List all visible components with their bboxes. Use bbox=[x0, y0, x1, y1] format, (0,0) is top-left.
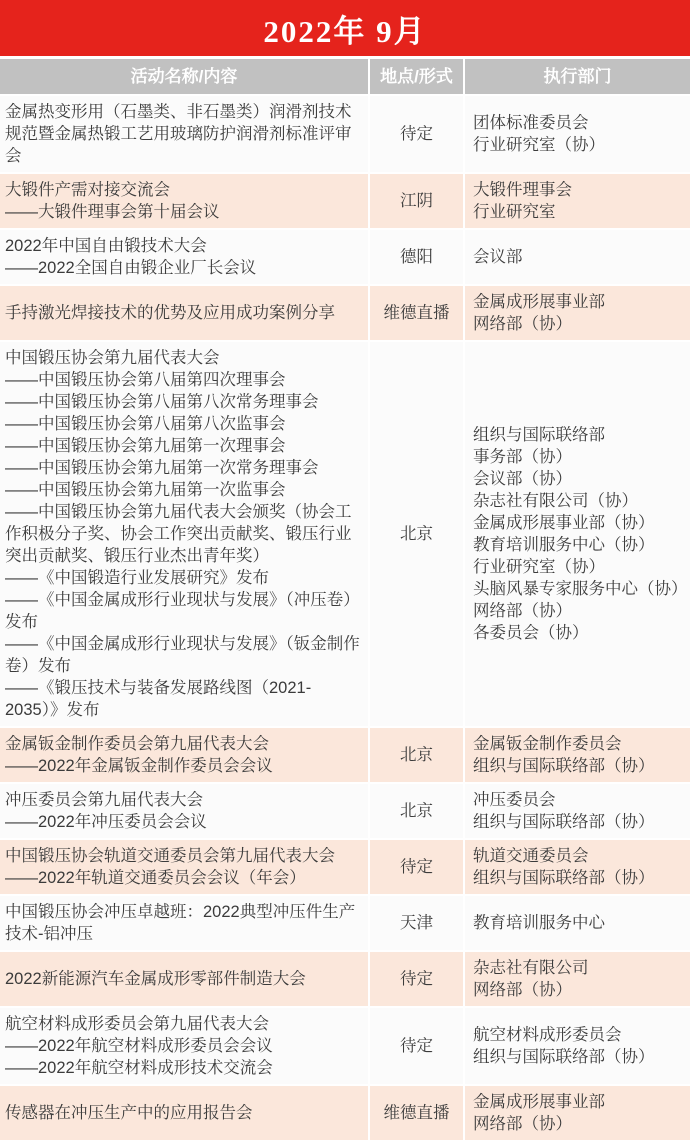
activity-cell: 大锻件产需对接交流会——大锻件理事会第十届会议 bbox=[0, 174, 368, 228]
activity-cell: 冲压委员会第九届代表大会——2022年冲压委员会会议 bbox=[0, 784, 368, 838]
department-line: 组织与国际联络部（协） bbox=[473, 867, 688, 889]
activity-line: 手持激光焊接技术的优势及应用成功案例分享 bbox=[5, 302, 362, 324]
table-row: 金属热变形用（石墨类、非石墨类）润滑剂技术规范暨金属热锻工艺用玻璃防护润滑剂标准… bbox=[0, 96, 690, 172]
activity-line: 航空材料成形委员会第九届代表大会 bbox=[5, 1013, 362, 1035]
table-header-row: 活动名称/内容 地点/形式 执行部门 bbox=[0, 59, 690, 94]
activity-line: ——中国锻压协会第八届第八次常务理事会 bbox=[5, 391, 362, 413]
department-cell: 轨道交通委员会组织与国际联络部（协） bbox=[465, 840, 690, 894]
activity-line: 冲压委员会第九届代表大会 bbox=[5, 789, 362, 811]
activity-line: ——中国锻压协会第九届第一次常务理事会 bbox=[5, 457, 362, 479]
table-row: 航空材料成形委员会第九届代表大会——2022年航空材料成形委员会会议——2022… bbox=[0, 1008, 690, 1084]
department-line: 金属钣金制作委员会 bbox=[473, 733, 688, 755]
location-value: 德阳 bbox=[370, 230, 463, 284]
table-row: 大锻件产需对接交流会——大锻件理事会第十届会议 江阴 大锻件理事会行业研究室 bbox=[0, 174, 690, 228]
activity-line: ——中国锻压协会第九届代表大会颁奖（协会工作积极分子奖、协会工作突出贡献奖、锻压… bbox=[5, 501, 362, 567]
table-row: 中国锻压协会第九届代表大会——中国锻压协会第八届第四次理事会——中国锻压协会第八… bbox=[0, 342, 690, 726]
location-value: 北京 bbox=[370, 728, 463, 782]
event-schedule-table: 2022年 9月 活动名称/内容 地点/形式 执行部门 金属热变形用（石墨类、非… bbox=[0, 0, 690, 1140]
department-cell: 组织与国际联络部事务部（协）会议部（协）杂志社有限公司（协）金属成形展事业部（协… bbox=[465, 342, 690, 726]
table-row: 2022新能源汽车金属成形零部件制造大会 待定 杂志社有限公司网络部（协） bbox=[0, 952, 690, 1006]
activity-cell: 2022新能源汽车金属成形零部件制造大会 bbox=[0, 952, 368, 1006]
department-cell: 团体标准委员会行业研究室（协） bbox=[465, 96, 690, 172]
activity-line: ——2022年轨道交通委员会会议（年会） bbox=[5, 867, 362, 889]
department-line: 组织与国际联络部（协） bbox=[473, 755, 688, 777]
table-row: 中国锻压协会轨道交通委员会第九届代表大会——2022年轨道交通委员会会议（年会）… bbox=[0, 840, 690, 894]
table-body: 金属热变形用（石墨类、非石墨类）润滑剂技术规范暨金属热锻工艺用玻璃防护润滑剂标准… bbox=[0, 96, 690, 1140]
column-header-location: 地点/形式 bbox=[370, 59, 463, 94]
table-row: 冲压委员会第九届代表大会——2022年冲压委员会会议 北京 冲压委员会组织与国际… bbox=[0, 784, 690, 838]
location-value: 待定 bbox=[370, 952, 463, 1006]
department-line: 网络部（协） bbox=[473, 313, 688, 335]
activity-line: 中国锻压协会冲压卓越班：2022典型冲压件生产技术-铝冲压 bbox=[5, 901, 362, 945]
department-line: 行业研究室（协） bbox=[473, 134, 688, 156]
location-value: 维德直播 bbox=[370, 1086, 463, 1140]
department-cell: 大锻件理事会行业研究室 bbox=[465, 174, 690, 228]
activity-line: ——2022年航空材料成形技术交流会 bbox=[5, 1057, 362, 1079]
department-line: 网络部（协） bbox=[473, 979, 688, 1001]
column-header-department: 执行部门 bbox=[465, 59, 690, 94]
department-line: 会议部 bbox=[473, 246, 688, 268]
department-line: 轨道交通委员会 bbox=[473, 845, 688, 867]
location-value: 江阴 bbox=[370, 174, 463, 228]
activity-line: 金属热变形用（石墨类、非石墨类）润滑剂技术规范暨金属热锻工艺用玻璃防护润滑剂标准… bbox=[5, 101, 362, 167]
month-title: 2022年 9月 bbox=[0, 0, 690, 56]
department-line: 网络部（协） bbox=[473, 1113, 688, 1135]
activity-line: 中国锻压协会第九届代表大会 bbox=[5, 347, 362, 369]
activity-cell: 中国锻压协会第九届代表大会——中国锻压协会第八届第四次理事会——中国锻压协会第八… bbox=[0, 342, 368, 726]
activity-line: ——中国锻压协会第九届第一次监事会 bbox=[5, 479, 362, 501]
activity-line: 大锻件产需对接交流会 bbox=[5, 179, 362, 201]
activity-cell: 传感器在冲压生产中的应用报告会 bbox=[0, 1086, 368, 1140]
department-line: 航空材料成形委员会 bbox=[473, 1024, 688, 1046]
table-row: 传感器在冲压生产中的应用报告会 维德直播 金属成形展事业部网络部（协） bbox=[0, 1086, 690, 1140]
activity-line: 中国锻压协会轨道交通委员会第九届代表大会 bbox=[5, 845, 362, 867]
activity-line: 2022新能源汽车金属成形零部件制造大会 bbox=[5, 968, 362, 990]
department-line: 头脑风暴专家服务中心（协） bbox=[473, 578, 688, 600]
department-line: 教育培训服务中心（协） bbox=[473, 534, 688, 556]
activity-line: ——《锻压技术与装备发展路线图（2021-2035）》发布 bbox=[5, 677, 362, 721]
department-line: 金属成形展事业部（协） bbox=[473, 512, 688, 534]
activity-line: ——中国锻压协会第九届第一次理事会 bbox=[5, 435, 362, 457]
location-value: 待定 bbox=[370, 1008, 463, 1084]
department-cell: 金属钣金制作委员会组织与国际联络部（协） bbox=[465, 728, 690, 782]
location-value: 待定 bbox=[370, 96, 463, 172]
location-value: 天津 bbox=[370, 896, 463, 950]
department-cell: 金属成形展事业部网络部（协） bbox=[465, 1086, 690, 1140]
activity-line: ——2022年航空材料成形委员会会议 bbox=[5, 1035, 362, 1057]
activity-line: ——《中国金属成形行业现状与发展》（钣金制作卷）发布 bbox=[5, 633, 362, 677]
table-row: 手持激光焊接技术的优势及应用成功案例分享 维德直播 金属成形展事业部网络部（协） bbox=[0, 286, 690, 340]
location-value: 维德直播 bbox=[370, 286, 463, 340]
location-value: 待定 bbox=[370, 840, 463, 894]
column-header-activity: 活动名称/内容 bbox=[0, 59, 368, 94]
activity-line: ——中国锻压协会第八届第四次理事会 bbox=[5, 369, 362, 391]
activity-line: ——2022年金属钣金制作委员会会议 bbox=[5, 755, 362, 777]
department-cell: 冲压委员会组织与国际联络部（协） bbox=[465, 784, 690, 838]
department-line: 教育培训服务中心 bbox=[473, 912, 688, 934]
location-value: 北京 bbox=[370, 342, 463, 726]
location-value: 北京 bbox=[370, 784, 463, 838]
department-line: 金属成形展事业部 bbox=[473, 291, 688, 313]
activity-cell: 金属钣金制作委员会第九届代表大会——2022年金属钣金制作委员会会议 bbox=[0, 728, 368, 782]
department-cell: 会议部 bbox=[465, 230, 690, 284]
activity-cell: 中国锻压协会轨道交通委员会第九届代表大会——2022年轨道交通委员会会议（年会） bbox=[0, 840, 368, 894]
table-row: 中国锻压协会冲压卓越班：2022典型冲压件生产技术-铝冲压 天津 教育培训服务中… bbox=[0, 896, 690, 950]
activity-cell: 中国锻压协会冲压卓越班：2022典型冲压件生产技术-铝冲压 bbox=[0, 896, 368, 950]
department-line: 各委员会（协） bbox=[473, 622, 688, 644]
department-line: 杂志社有限公司（协） bbox=[473, 490, 688, 512]
table-row: 2022年中国自由锻技术大会——2022全国自由锻企业厂长会议 德阳 会议部 bbox=[0, 230, 690, 284]
department-line: 会议部（协） bbox=[473, 468, 688, 490]
department-cell: 金属成形展事业部网络部（协） bbox=[465, 286, 690, 340]
department-cell: 教育培训服务中心 bbox=[465, 896, 690, 950]
department-cell: 航空材料成形委员会组织与国际联络部（协） bbox=[465, 1008, 690, 1084]
activity-cell: 2022年中国自由锻技术大会——2022全国自由锻企业厂长会议 bbox=[0, 230, 368, 284]
activity-cell: 手持激光焊接技术的优势及应用成功案例分享 bbox=[0, 286, 368, 340]
department-line: 杂志社有限公司 bbox=[473, 957, 688, 979]
department-line: 组织与国际联络部 bbox=[473, 424, 688, 446]
department-line: 事务部（协） bbox=[473, 446, 688, 468]
department-cell: 杂志社有限公司网络部（协） bbox=[465, 952, 690, 1006]
department-line: 网络部（协） bbox=[473, 600, 688, 622]
activity-line: ——2022年冲压委员会会议 bbox=[5, 811, 362, 833]
activity-line: 金属钣金制作委员会第九届代表大会 bbox=[5, 733, 362, 755]
department-line: 大锻件理事会 bbox=[473, 179, 688, 201]
activity-line: 2022年中国自由锻技术大会 bbox=[5, 235, 362, 257]
activity-line: 传感器在冲压生产中的应用报告会 bbox=[5, 1102, 362, 1124]
activity-line: ——《中国锻造行业发展研究》发布 bbox=[5, 567, 362, 589]
activity-line: ——中国锻压协会第八届第八次监事会 bbox=[5, 413, 362, 435]
department-line: 金属成形展事业部 bbox=[473, 1091, 688, 1113]
department-line: 冲压委员会 bbox=[473, 789, 688, 811]
activity-cell: 航空材料成形委员会第九届代表大会——2022年航空材料成形委员会会议——2022… bbox=[0, 1008, 368, 1084]
department-line: 行业研究室 bbox=[473, 201, 688, 223]
table-row: 金属钣金制作委员会第九届代表大会——2022年金属钣金制作委员会会议 北京 金属… bbox=[0, 728, 690, 782]
activity-cell: 金属热变形用（石墨类、非石墨类）润滑剂技术规范暨金属热锻工艺用玻璃防护润滑剂标准… bbox=[0, 96, 368, 172]
department-line: 组织与国际联络部（协） bbox=[473, 811, 688, 833]
department-line: 行业研究室（协） bbox=[473, 556, 688, 578]
activity-line: ——大锻件理事会第十届会议 bbox=[5, 201, 362, 223]
activity-line: ——2022全国自由锻企业厂长会议 bbox=[5, 257, 362, 279]
activity-line: ——《中国金属成形行业现状与发展》（冲压卷）发布 bbox=[5, 589, 362, 633]
department-line: 团体标准委员会 bbox=[473, 112, 688, 134]
department-line: 组织与国际联络部（协） bbox=[473, 1046, 688, 1068]
